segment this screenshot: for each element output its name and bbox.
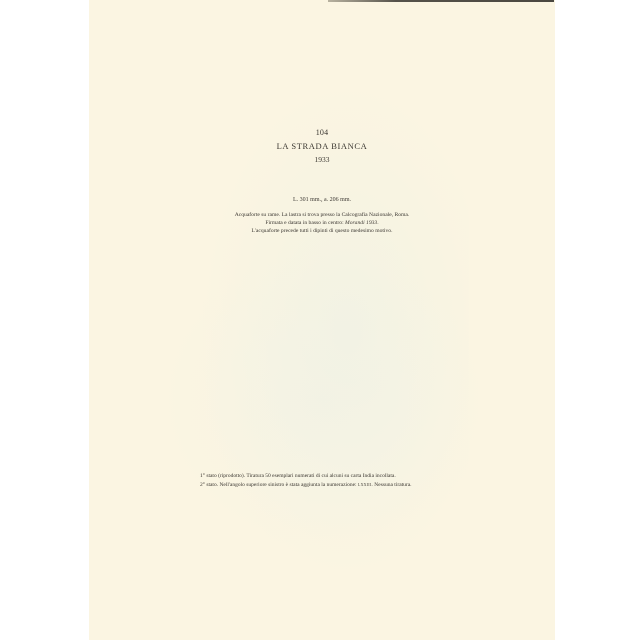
dimensions: L. 301 mm., a. 206 mm. [89, 197, 555, 203]
description-line-signature: Firmata e datata in basso in centro: Mor… [89, 219, 555, 227]
signature-label: Firmata e datata in basso in centro: [265, 220, 345, 226]
description-line-note: L'acquaforte precede tutti i dipinti di … [89, 227, 555, 235]
signature-text: Morandi 1933 [345, 220, 377, 226]
plate-number: 104 [89, 128, 555, 137]
page-edge-strip [328, 0, 554, 2]
state-1: 1° stato (riprodotto). Tiratura 50 esemp… [200, 472, 470, 481]
artwork-title: LA STRADA BIANCA [89, 141, 555, 151]
artwork-year: 1933 [89, 155, 555, 164]
description: Acquaforte su rame. La lastra si trova p… [89, 211, 555, 235]
state-2-numbering: lxxiii. [358, 482, 373, 488]
state-2: 2° stato. Nell'angolo superiore sinistro… [200, 481, 470, 490]
signature-suffix: . [377, 220, 378, 226]
description-line-technique: Acquaforte su rame. La lastra si trova p… [89, 211, 555, 219]
states-list: 1° stato (riprodotto). Tiratura 50 esemp… [200, 472, 470, 489]
state-2-text: 2° stato. Nell'angolo superiore sinistro… [200, 482, 358, 488]
state-2-edition: Nessuna tiratura. [374, 482, 411, 488]
catalogue-page: 104 LA STRADA BIANCA 1933 L. 301 mm., a.… [89, 0, 555, 640]
show-through-image-lower [159, 250, 489, 550]
